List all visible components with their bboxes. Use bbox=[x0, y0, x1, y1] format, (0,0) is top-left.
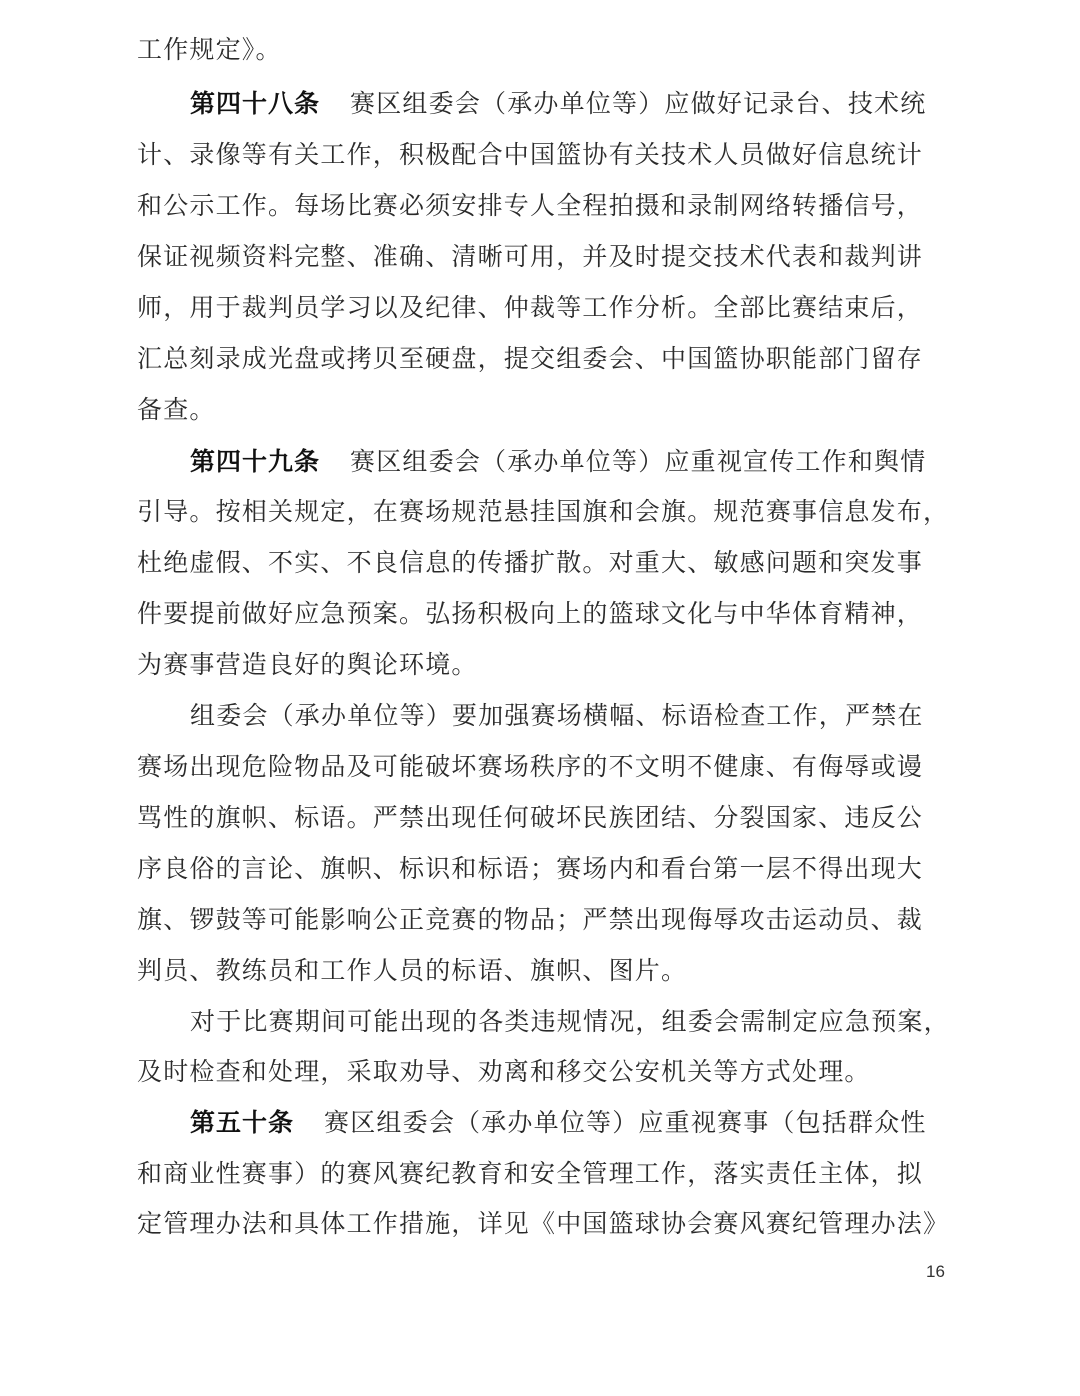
line-text: 赛区组委会（承办单位等）应做好记录台、技术统 bbox=[350, 89, 926, 118]
text-line: 旗、锣鼓等可能影响公正竞赛的物品；严禁出现侮辱攻击运动员、裁 bbox=[137, 900, 947, 940]
line-text: 引导。按相关规定，在赛场规范悬挂国旗和会旗。规范赛事信息发布， bbox=[137, 497, 949, 526]
text-line: 汇总刻录成光盘或拷贝至硬盘，提交组委会、中国篮协职能部门留存 bbox=[137, 339, 947, 379]
text-line: 序良俗的言论、旗帜、标识和标语；赛场内和看台第一层不得出现大 bbox=[137, 849, 947, 889]
line-text: 汇总刻录成光盘或拷贝至硬盘，提交组委会、中国篮协职能部门留存 bbox=[137, 344, 923, 373]
text-line: 和公示工作。每场比赛必须安排专人全程拍摄和录制网络转播信号， bbox=[137, 186, 947, 226]
text-line: 计、录像等有关工作，积极配合中国篮协有关技术人员做好信息统计 bbox=[137, 135, 947, 175]
line-text: 备查。 bbox=[137, 395, 216, 424]
line-text: 赛区组委会（承办单位等）应重视赛事（包括群众性 bbox=[324, 1108, 927, 1137]
text-line: 和商业性赛事）的赛风赛纪教育和安全管理工作，落实责任主体，拟 bbox=[137, 1154, 947, 1194]
line-text: 判员、教练员和工作人员的标语、旗帜、图片。 bbox=[137, 956, 687, 985]
article-50-line: 第五十条赛区组委会（承办单位等）应重视赛事（包括群众性 bbox=[190, 1103, 947, 1143]
text-line: 保证视频资料完整、准确、清晰可用，并及时提交技术代表和裁判讲 bbox=[137, 237, 947, 277]
line-text: 定管理办法和具体工作措施，详见《中国篮球协会赛风赛纪管理办法》 bbox=[137, 1209, 949, 1238]
line-text: 件要提前做好应急预案。弘扬积极向上的篮球文化与中华体育精神， bbox=[137, 599, 923, 628]
article-48-line: 第四十八条赛区组委会（承办单位等）应做好记录台、技术统 bbox=[190, 84, 947, 124]
article-heading: 第四十八条 bbox=[190, 89, 320, 118]
line-text: 计、录像等有关工作，积极配合中国篮协有关技术人员做好信息统计 bbox=[137, 140, 923, 169]
document-page: 工作规定》。 第四十八条赛区组委会（承办单位等）应做好记录台、技术统 计、录像等… bbox=[0, 0, 1080, 1396]
line-text: 旗、锣鼓等可能影响公正竞赛的物品；严禁出现侮辱攻击运动员、裁 bbox=[137, 905, 923, 934]
line-text: 师，用于裁判员学习以及纪律、仲裁等工作分析。全部比赛结束后， bbox=[137, 293, 923, 322]
line-text: 对于比赛期间可能出现的各类违规情况，组委会需制定应急预案， bbox=[190, 1007, 950, 1036]
paragraph-first-line: 组委会（承办单位等）要加强赛场横幅、标语检查工作，严禁在 bbox=[190, 696, 947, 736]
line-text: 序良俗的言论、旗帜、标识和标语；赛场内和看台第一层不得出现大 bbox=[137, 854, 923, 883]
text-line: 及时检查和处理，采取劝导、劝离和移交公安机关等方式处理。 bbox=[137, 1052, 947, 1092]
article-49-line: 第四十九条赛区组委会（承办单位等）应重视宣传工作和舆情 bbox=[190, 442, 947, 482]
line-text: 为赛事营造良好的舆论环境。 bbox=[137, 650, 478, 679]
text-line: 工作规定》。 bbox=[137, 30, 947, 70]
paragraph-first-line: 对于比赛期间可能出现的各类违规情况，组委会需制定应急预案， bbox=[190, 1002, 947, 1042]
line-text: 组委会（承办单位等）要加强赛场横幅、标语检查工作，严禁在 bbox=[190, 701, 924, 730]
line-text: 工作规定》。 bbox=[137, 35, 282, 64]
text-line: 骂性的旗帜、标语。严禁出现任何破坏民族团结、分裂国家、违反公 bbox=[137, 798, 947, 838]
text-line: 为赛事营造良好的舆论环境。 bbox=[137, 645, 947, 685]
text-line: 赛场出现危险物品及可能破坏赛场秩序的不文明不健康、有侮辱或谩 bbox=[137, 747, 947, 787]
line-text: 赛场出现危险物品及可能破坏赛场秩序的不文明不健康、有侮辱或谩 bbox=[137, 752, 923, 781]
line-text: 杜绝虚假、不实、不良信息的传播扩散。对重大、敏感问题和突发事 bbox=[137, 548, 923, 577]
article-heading: 第五十条 bbox=[190, 1108, 294, 1137]
line-text: 和商业性赛事）的赛风赛纪教育和安全管理工作，落实责任主体，拟 bbox=[137, 1159, 923, 1188]
text-line: 师，用于裁判员学习以及纪律、仲裁等工作分析。全部比赛结束后， bbox=[137, 288, 947, 328]
text-line: 定管理办法和具体工作措施，详见《中国篮球协会赛风赛纪管理办法》 bbox=[137, 1204, 947, 1244]
line-text: 赛区组委会（承办单位等）应重视宣传工作和舆情 bbox=[350, 447, 926, 476]
text-line: 判员、教练员和工作人员的标语、旗帜、图片。 bbox=[137, 951, 947, 991]
line-text: 保证视频资料完整、准确、清晰可用，并及时提交技术代表和裁判讲 bbox=[137, 242, 923, 271]
text-line: 备查。 bbox=[137, 390, 947, 430]
line-text: 和公示工作。每场比赛必须安排专人全程拍摄和录制网络转播信号， bbox=[137, 191, 923, 220]
text-line: 引导。按相关规定，在赛场规范悬挂国旗和会旗。规范赛事信息发布， bbox=[137, 492, 947, 532]
text-line: 件要提前做好应急预案。弘扬积极向上的篮球文化与中华体育精神， bbox=[137, 594, 947, 634]
text-line: 杜绝虚假、不实、不良信息的传播扩散。对重大、敏感问题和突发事 bbox=[137, 543, 947, 583]
line-text: 及时检查和处理，采取劝导、劝离和移交公安机关等方式处理。 bbox=[137, 1057, 871, 1086]
line-text: 骂性的旗帜、标语。严禁出现任何破坏民族团结、分裂国家、违反公 bbox=[137, 803, 923, 832]
article-heading: 第四十九条 bbox=[190, 447, 320, 476]
page-number: 16 bbox=[926, 1262, 945, 1282]
